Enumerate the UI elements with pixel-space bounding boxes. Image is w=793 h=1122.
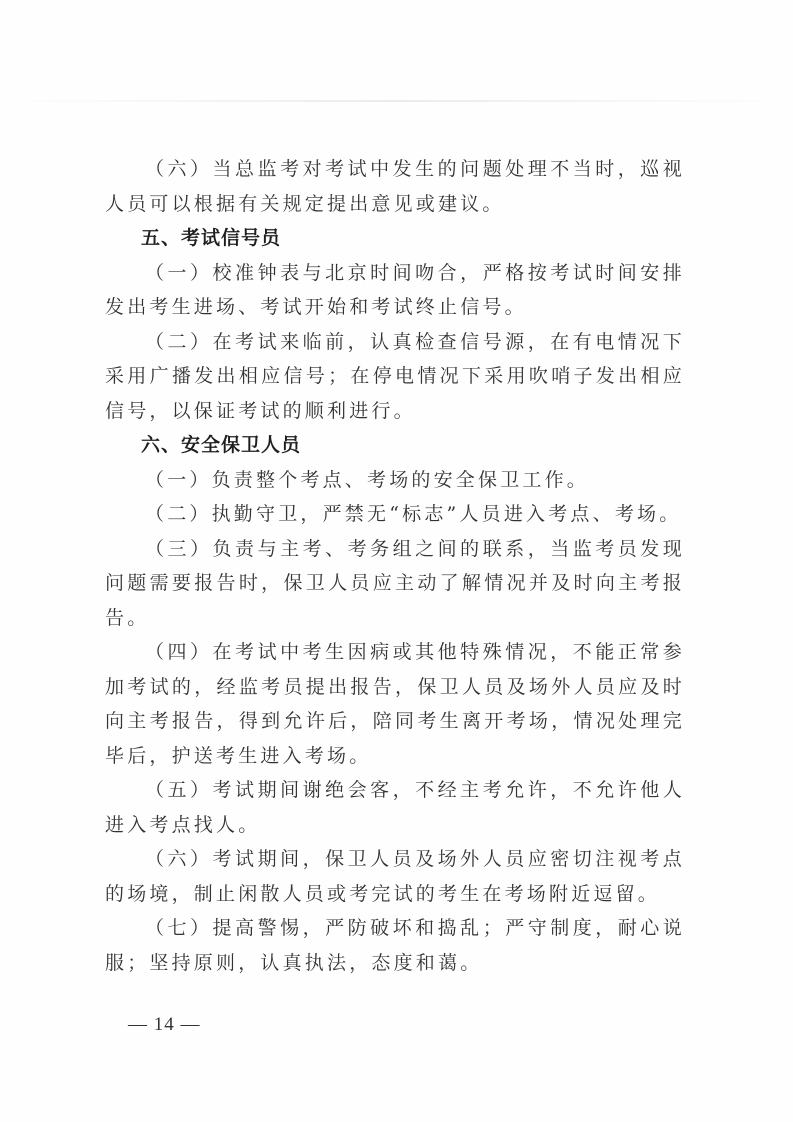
paragraph-security-two: （二）执勤守卫，严禁无“标志”人员进入考点、考场。	[105, 497, 685, 532]
section-heading-security-staff: 六、安全保卫人员	[105, 428, 685, 463]
page-number: — 14 —	[128, 1014, 201, 1036]
paragraph-supervisor-six: （六）当总监考对考试中发生的问题处理不当时，巡视人员可以根据有关规定提出意见或建…	[105, 152, 685, 221]
paragraph-signal-two: （二）在考试来临前，认真检查信号源，在有电情况下采用广播发出相应信号；在停电情况…	[105, 325, 685, 429]
paragraph-security-one: （一）负责整个考点、考场的安全保卫工作。	[105, 463, 685, 498]
document-page: （六）当总监考对考试中发生的问题处理不当时，巡视人员可以根据有关规定提出意见或建…	[0, 0, 793, 1122]
document-body: （六）当总监考对考试中发生的问题处理不当时，巡视人员可以根据有关规定提出意见或建…	[105, 152, 685, 980]
paragraph-security-three: （三）负责与主考、考务组之间的联系，当监考员发现问题需要报告时，保卫人员应主动了…	[105, 532, 685, 636]
section-heading-signal-officer: 五、考试信号员	[105, 221, 685, 256]
paragraph-security-five: （五）考试期间谢绝会客，不经主考允许，不允许他人进入考点找人。	[105, 773, 685, 842]
scan-edge-shadow	[0, 100, 793, 102]
paragraph-security-seven: （七）提高警惕，严防破坏和捣乱；严守制度，耐心说服；坚持原则，认真执法，态度和蔼…	[105, 911, 685, 980]
paragraph-security-four: （四）在考试中考生因病或其他特殊情况，不能正常参加考试的，经监考员提出报告，保卫…	[105, 635, 685, 773]
paragraph-signal-one: （一）校准钟表与北京时间吻合，严格按考试时间安排发出考生进场、考试开始和考试终止…	[105, 256, 685, 325]
paragraph-security-six: （六）考试期间，保卫人员及场外人员应密切注视考点的场境，制止闲散人员或考完试的考…	[105, 842, 685, 911]
